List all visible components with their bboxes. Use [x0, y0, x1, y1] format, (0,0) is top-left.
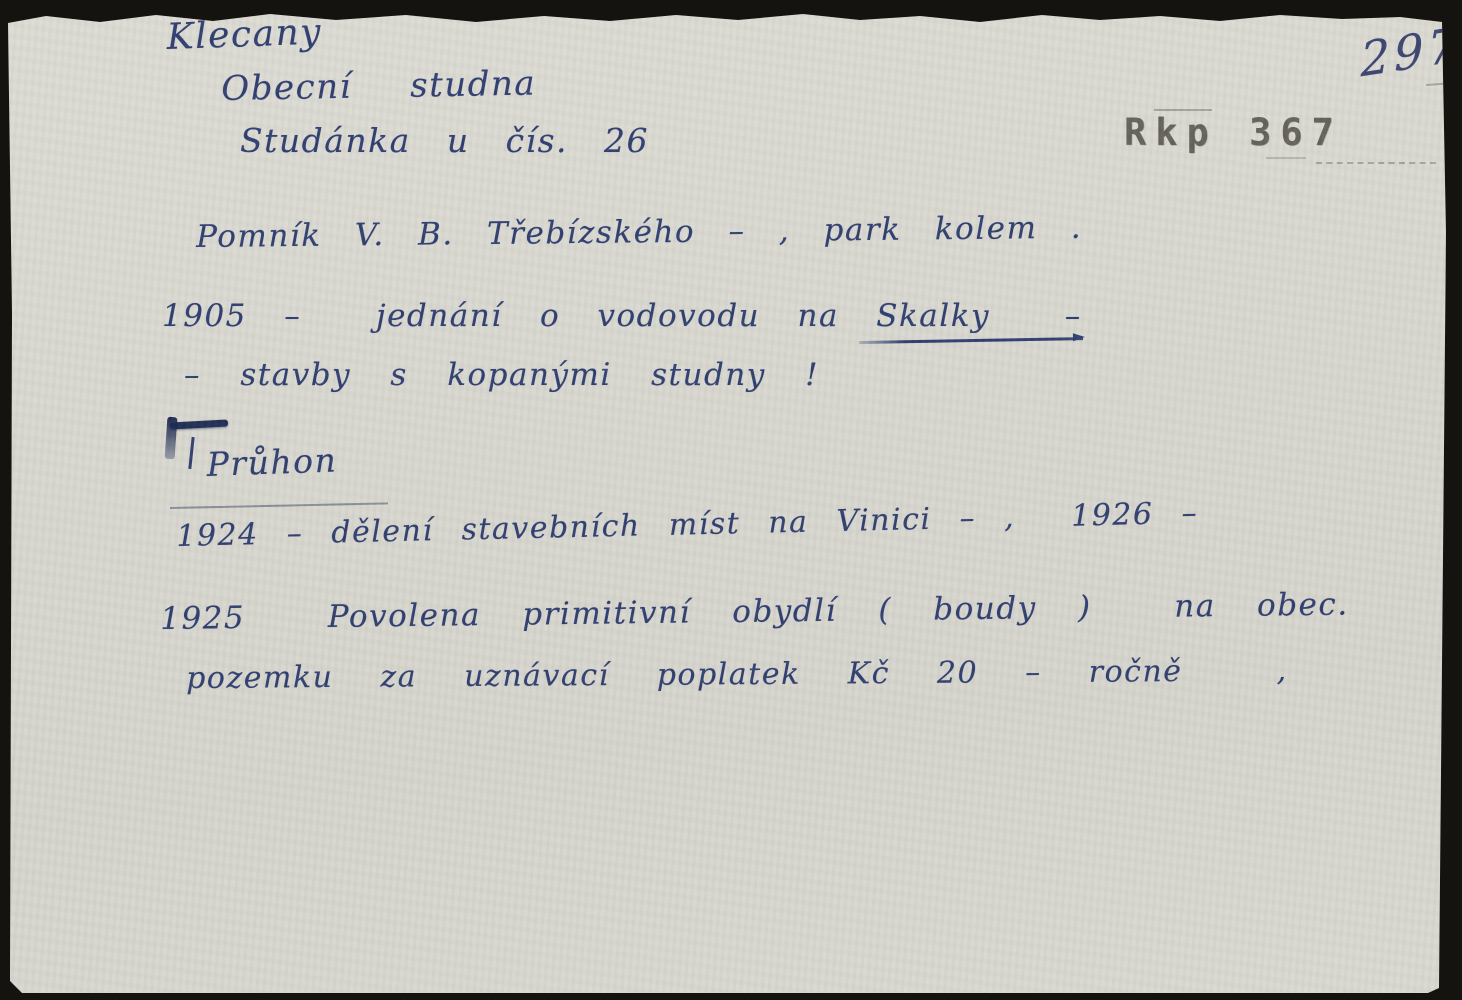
pencil-dash: [1154, 109, 1212, 111]
note-line-1925-first: 1925 Povolena primitivní obydlí ( boudy …: [160, 586, 1349, 637]
ink-blot: [170, 419, 228, 429]
note-line-1905: 1905 – jednání o vodovodu na Skalky –: [162, 298, 1082, 334]
page-number: 297: [1360, 17, 1450, 88]
section-heading: Průhon: [206, 440, 338, 484]
note-card: 297 Rkp 367 Klecany Obecní studna Studán…: [8, 13, 1450, 993]
ink-tick: [188, 437, 194, 469]
underline-stroke: [859, 337, 1083, 344]
note-line-monument: Pomník V. B. Třebízského – , park kolem …: [196, 210, 1082, 255]
heading-line-spring: Studánka u čís. 26: [240, 121, 649, 160]
manuscript-stamp: Rkp 367: [1124, 111, 1343, 154]
pencil-dash: [1316, 162, 1436, 164]
heading-line-well: Obecní studna: [221, 64, 536, 109]
note-line-1925-second: pozemku za uznávací poplatek Kč 20 – roč…: [186, 653, 1288, 696]
ink-smudge: [165, 417, 178, 460]
note-line-wells: – stavby s kopanými studny !: [184, 357, 819, 393]
place-title: Klecany: [166, 13, 323, 58]
pencil-dash: [1266, 157, 1306, 159]
underline-stroke: [170, 502, 388, 509]
pencil-dash: [1426, 82, 1450, 86]
